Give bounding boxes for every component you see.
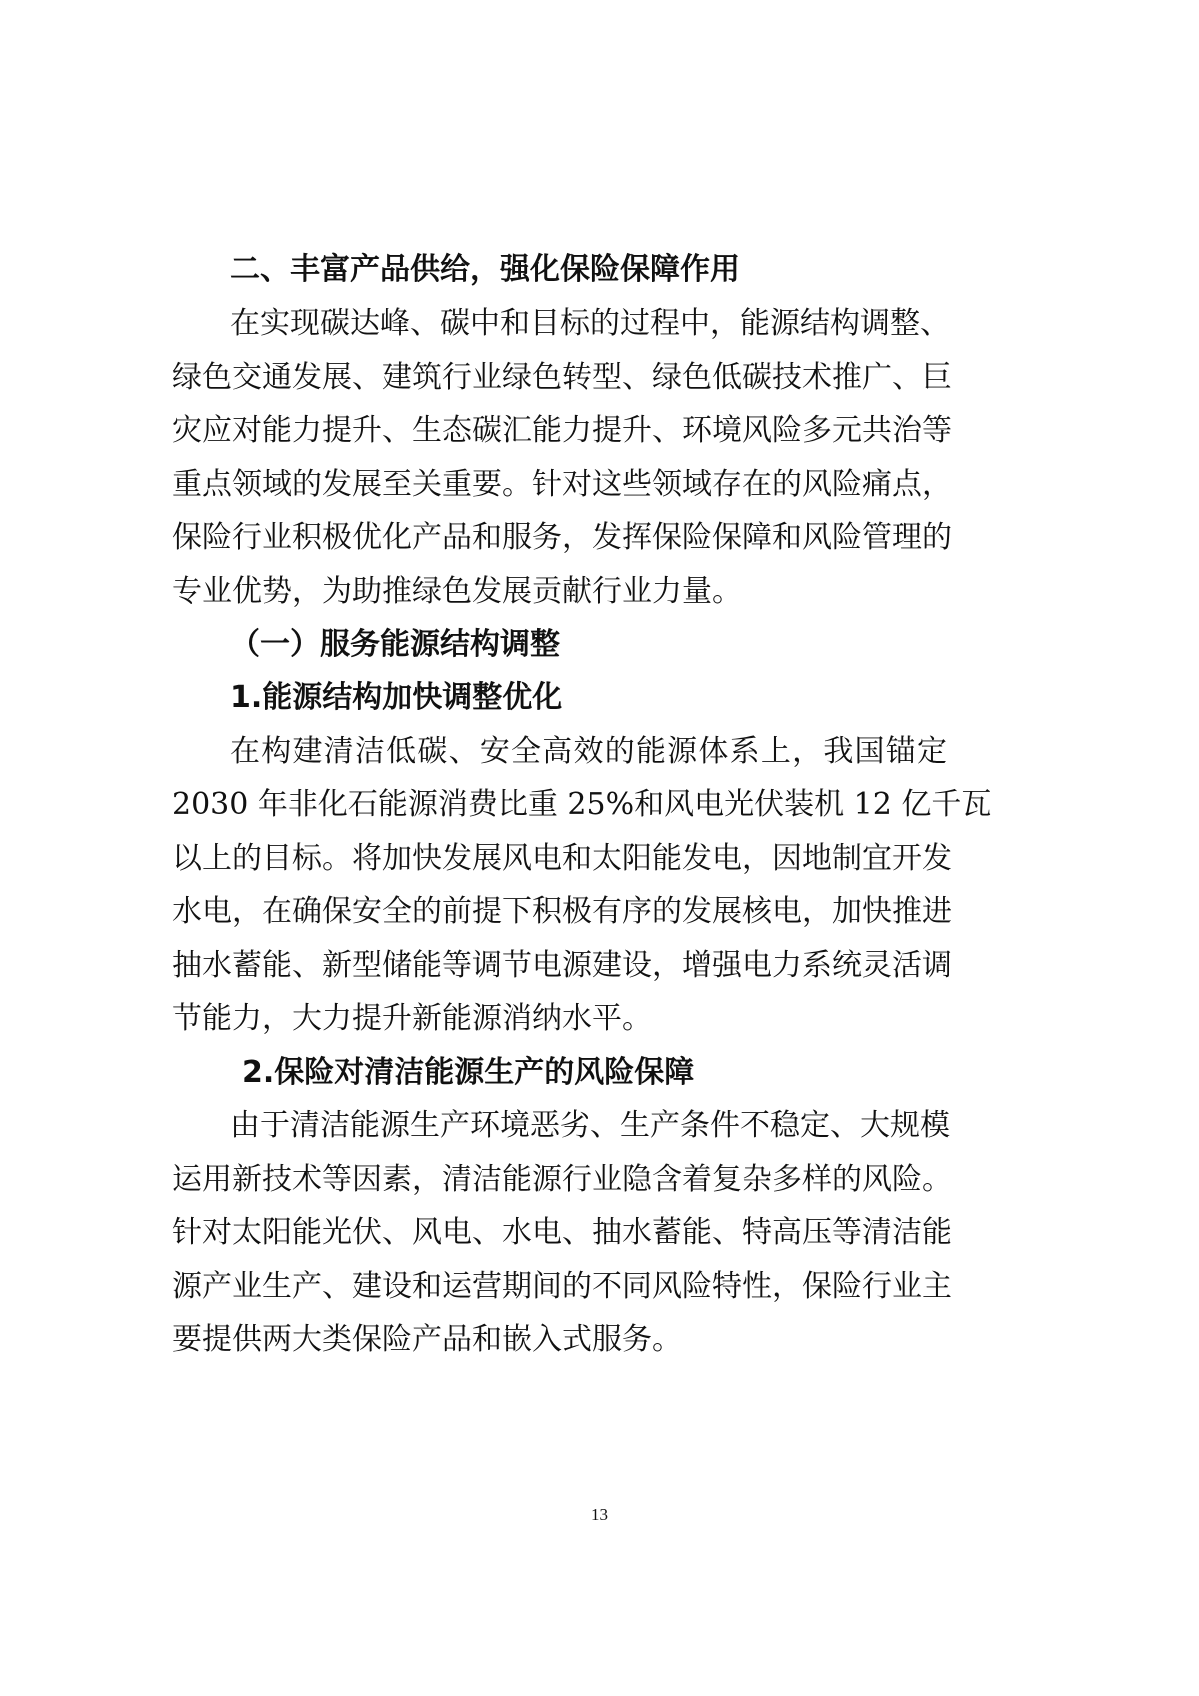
- paragraph-line: 由于清洁能源生产环境恶劣、生产条件不稳定、大规模: [230, 1100, 947, 1152]
- paragraph-line: 在构建清洁低碳、安全高效的能源体系上，我国锚定: [230, 726, 947, 778]
- paragraph-line: 重点领域的发展至关重要。针对这些领域存在的风险痛点，: [172, 459, 947, 511]
- paragraph-line: 2030 年非化石能源消费比重 25%和风电光伏装机 12 亿千瓦: [172, 779, 947, 831]
- paragraph-line: 专业优势，为助推绿色发展贡献行业力量。: [172, 566, 947, 618]
- paragraph-line: 在实现碳达峰、碳中和目标的过程中，能源结构调整、: [230, 298, 947, 350]
- paragraph-line: 节能力，大力提升新能源消纳水平。: [172, 993, 947, 1045]
- paragraph-line: 以上的目标。将加快发展风电和太阳能发电，因地制宜开发: [172, 833, 947, 885]
- page-number: 13: [0, 1505, 1199, 1525]
- paragraph-line: 水电，在确保安全的前提下积极有序的发展核电，加快推进: [172, 886, 947, 938]
- paragraph-line: 灾应对能力提升、生态碳汇能力提升、环境风险多元共治等: [172, 405, 947, 457]
- paragraph-line: 针对太阳能光伏、风电、水电、抽水蓄能、特高压等清洁能: [172, 1207, 947, 1259]
- paragraph-line: 绿色交通发展、建筑行业绿色转型、绿色低碳技术推广、巨: [172, 352, 947, 404]
- item1-heading: 1.能源结构加快调整优化: [230, 672, 1005, 724]
- paragraph-line: 抽水蓄能、新型储能等调节电源建设，增强电力系统灵活调: [172, 940, 947, 992]
- paragraph-line: 保险行业积极优化产品和服务，发挥保险保障和风险管理的: [172, 512, 947, 564]
- subsection-heading: （一）服务能源结构调整: [230, 619, 1005, 671]
- paragraph-line: 源产业生产、建设和运营期间的不同风险特性，保险行业主: [172, 1261, 947, 1313]
- section-heading: 二、丰富产品供给，强化保险保障作用: [230, 244, 1005, 296]
- document-page: 二、丰富产品供给，强化保险保障作用 在实现碳达峰、碳中和目标的过程中，能源结构调…: [0, 0, 1199, 1696]
- item2-heading: 2.保险对清洁能源生产的风险保障: [242, 1047, 1017, 1099]
- paragraph-line: 运用新技术等因素，清洁能源行业隐含着复杂多样的风险。: [172, 1154, 947, 1206]
- paragraph-line: 要提供两大类保险产品和嵌入式服务。: [172, 1314, 947, 1366]
